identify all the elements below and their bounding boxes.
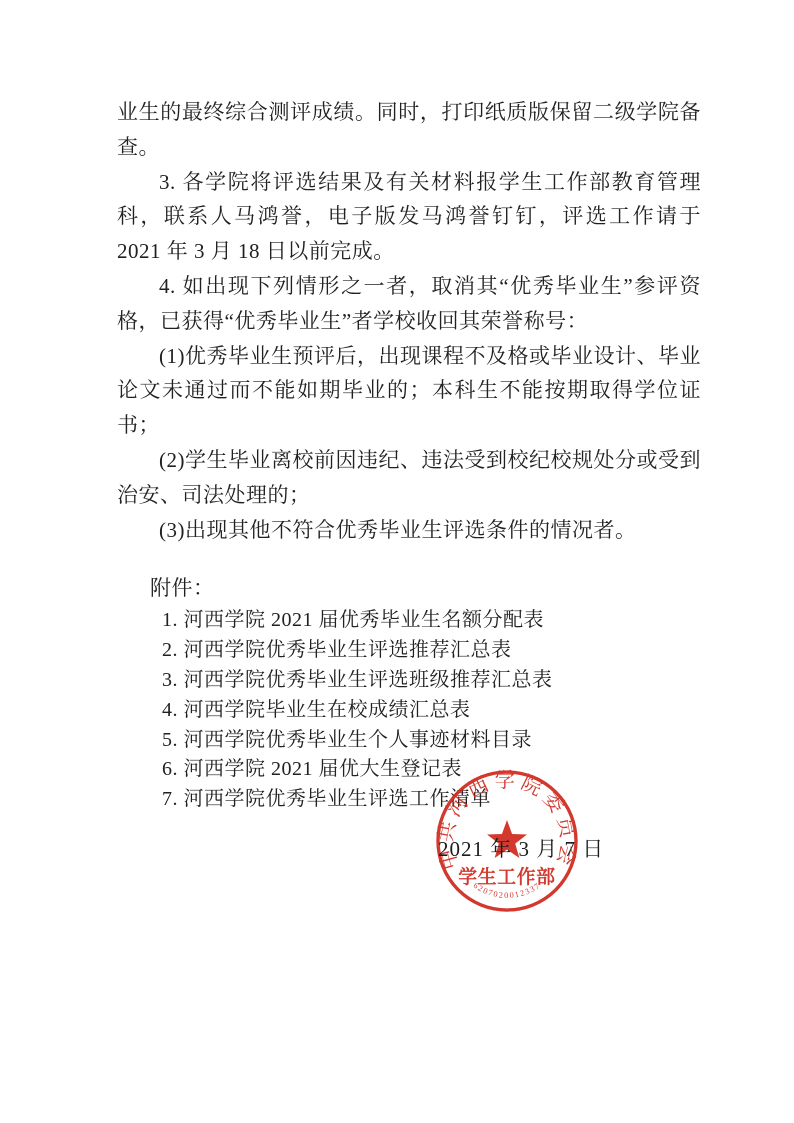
body-paragraph: 4. 如出现下列情形之一者，取消其“优秀毕业生”参评资格，已获得“优秀毕业生”者… <box>117 269 701 339</box>
attachment-item: 5. 河西学院优秀毕业生个人事迹材料目录 <box>117 726 701 756</box>
document-page: 业生的最终综合测评成绩。同时，打印纸质版保留二级学院备查。 3. 各学院将评选结… <box>0 0 794 1123</box>
attachment-item: 3. 河西学院优秀毕业生评选班级推荐汇总表 <box>117 666 701 696</box>
body-paragraph: (3)出现其他不符合优秀毕业生评选条件的情况者。 <box>117 513 701 548</box>
attachment-item: 1. 河西学院 2021 届优秀毕业生名额分配表 <box>117 606 701 636</box>
attachment-item: 7. 河西学院优秀毕业生评选工作清单 <box>117 785 701 815</box>
body-paragraph: 3. 各学院将评选结果及有关材料报学生工作部教育管理科，联系人马鸿誉，电子版发马… <box>117 165 701 269</box>
attachment-item: 4. 河西学院毕业生在校成绩汇总表 <box>117 696 701 726</box>
body-paragraph: (1)优秀毕业生预评后，出现课程不及格或毕业设计、毕业论文未通过而不能如期毕业的… <box>117 339 701 443</box>
document-body: 业生的最终综合测评成绩。同时，打印纸质版保留二级学院备查。 3. 各学院将评选结… <box>117 95 701 815</box>
body-paragraph: 业生的最终综合测评成绩。同时，打印纸质版保留二级学院备查。 <box>117 95 701 165</box>
attachment-item: 6. 河西学院 2021 届优大生登记表 <box>117 755 701 785</box>
attachment-item: 2. 河西学院优秀毕业生评选推荐汇总表 <box>117 636 701 666</box>
seal-department-text: 学生工作部 <box>458 865 556 888</box>
attachments-list: 1. 河西学院 2021 届优秀毕业生名额分配表 2. 河西学院优秀毕业生评选推… <box>117 606 701 815</box>
signature-date: 2021 年 3 月 7 日 <box>438 834 604 864</box>
attachments-section: 附件： 1. 河西学院 2021 届优秀毕业生名额分配表 2. 河西学院优秀毕业… <box>117 571 701 815</box>
attachments-label: 附件： <box>117 571 701 606</box>
body-paragraph: (2)学生毕业离校前因违纪、违法受到校纪校规处分或受到治安、司法处理的； <box>117 443 701 513</box>
